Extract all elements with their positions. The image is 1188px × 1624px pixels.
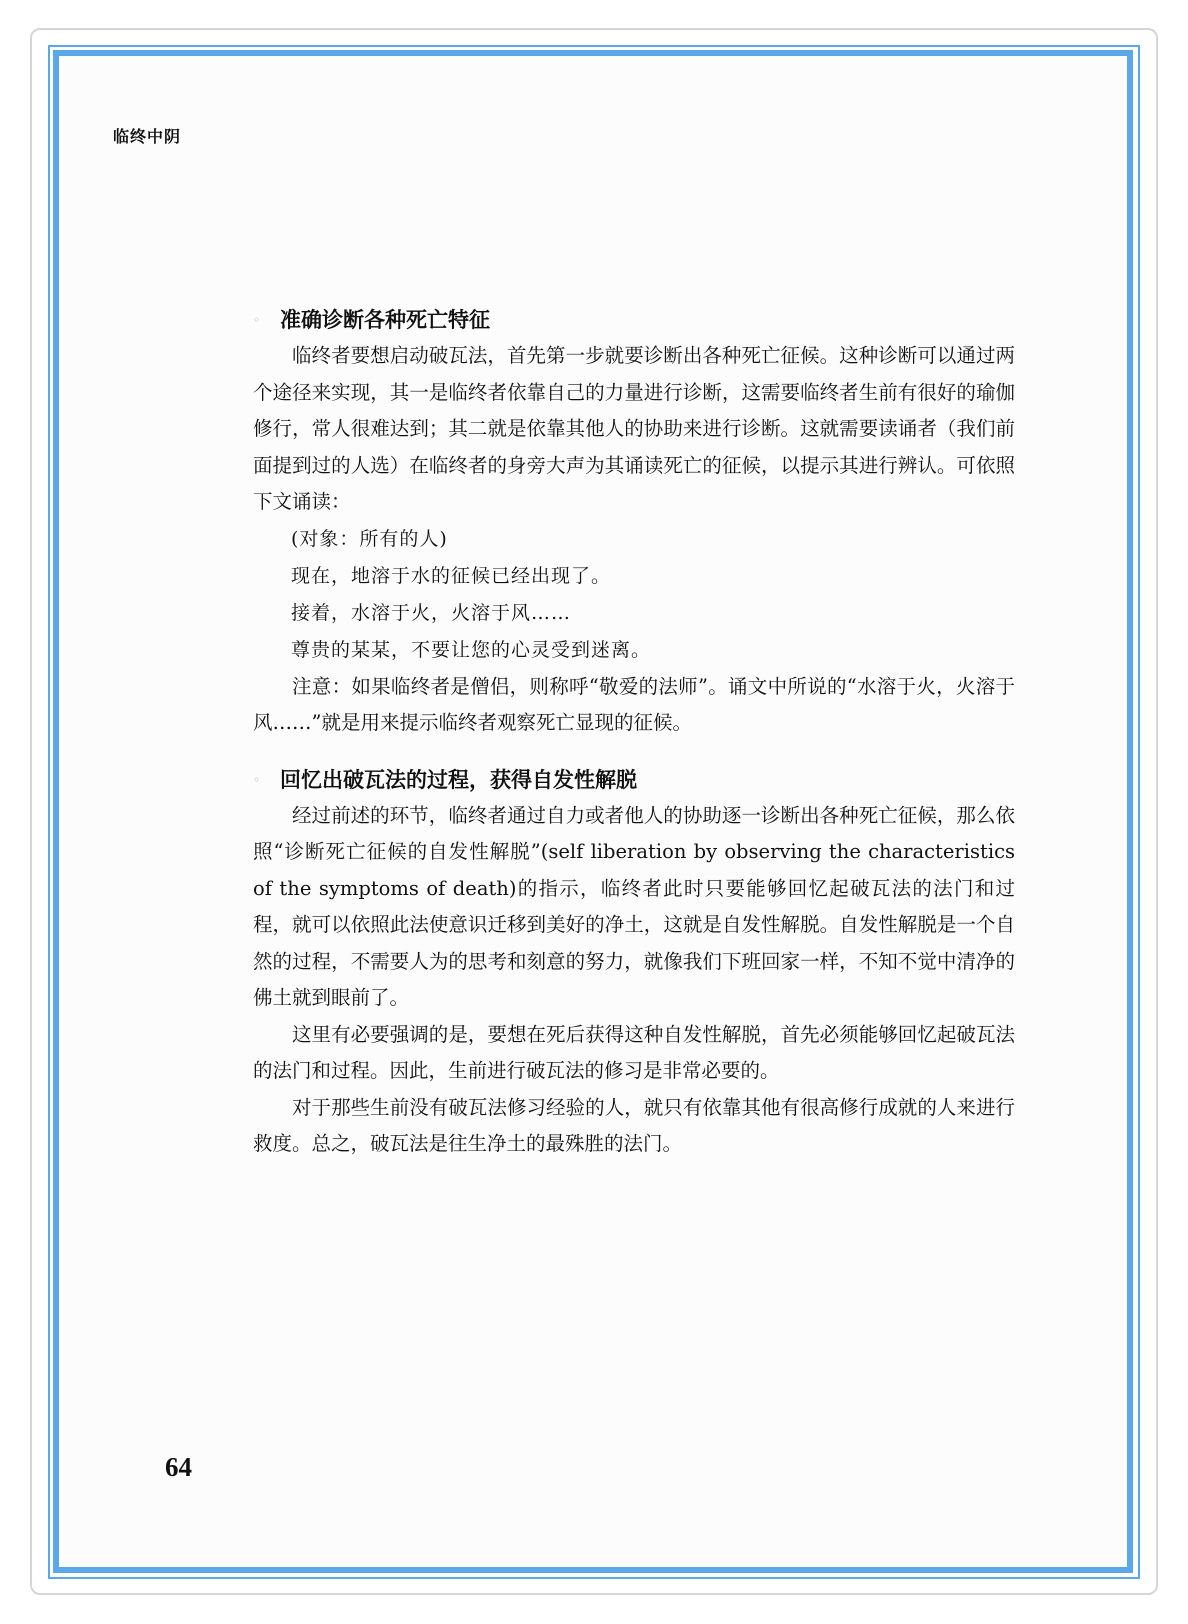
verse-line: 接着，水溶于火，火溶于风…… (253, 595, 1015, 632)
paragraph: 这里有必要强调的是，要想在死后获得这种自发性解脱，首先必须能够回忆起破瓦法的法门… (253, 1017, 1015, 1090)
verse-line: 现在，地溶于水的征候已经出现了。 (253, 558, 1015, 595)
paragraph: 对于那些生前没有破瓦法修习经验的人，就只有依靠其他有很高修行成就的人来进行救度。… (253, 1090, 1015, 1163)
section-heading-2-text: 回忆出破瓦法的过程，获得自发性解脱 (280, 768, 637, 792)
verse-line: (对象：所有的人) (253, 521, 1015, 558)
note-paragraph: 注意：如果临终者是僧侣，则称呼“敬爱的法师”。诵文中所说的“水溶于火，火溶于风…… (253, 669, 1015, 742)
section-heading-1-text: 准确诊断各种死亡特征 (280, 308, 490, 332)
bullet-mark-icon: ◦ (253, 302, 260, 338)
section-heading-2: ◦ 回忆出破瓦法的过程，获得自发性解脱 (253, 762, 1015, 798)
paragraph: 经过前述的环节，临终者通过自力或者他人的协助逐一诊断出各种死亡征候，那么依照“诊… (253, 798, 1015, 1017)
running-head: 临终中阴 (113, 124, 181, 147)
page-body: ◦ 准确诊断各种死亡特征 临终者要想启动破瓦法，首先第一步就要诊断出各种死亡征候… (253, 302, 1015, 1163)
page-number: 64 (165, 1452, 192, 1483)
paragraph: 临终者要想启动破瓦法，首先第一步就要诊断出各种死亡征候。这种诊断可以通过两个途径… (253, 338, 1015, 521)
section-heading-1: ◦ 准确诊断各种死亡特征 (253, 302, 1015, 338)
bullet-mark-icon: ◦ (253, 762, 260, 798)
verse-line: 尊贵的某某，不要让您的心灵受到迷离。 (253, 632, 1015, 669)
